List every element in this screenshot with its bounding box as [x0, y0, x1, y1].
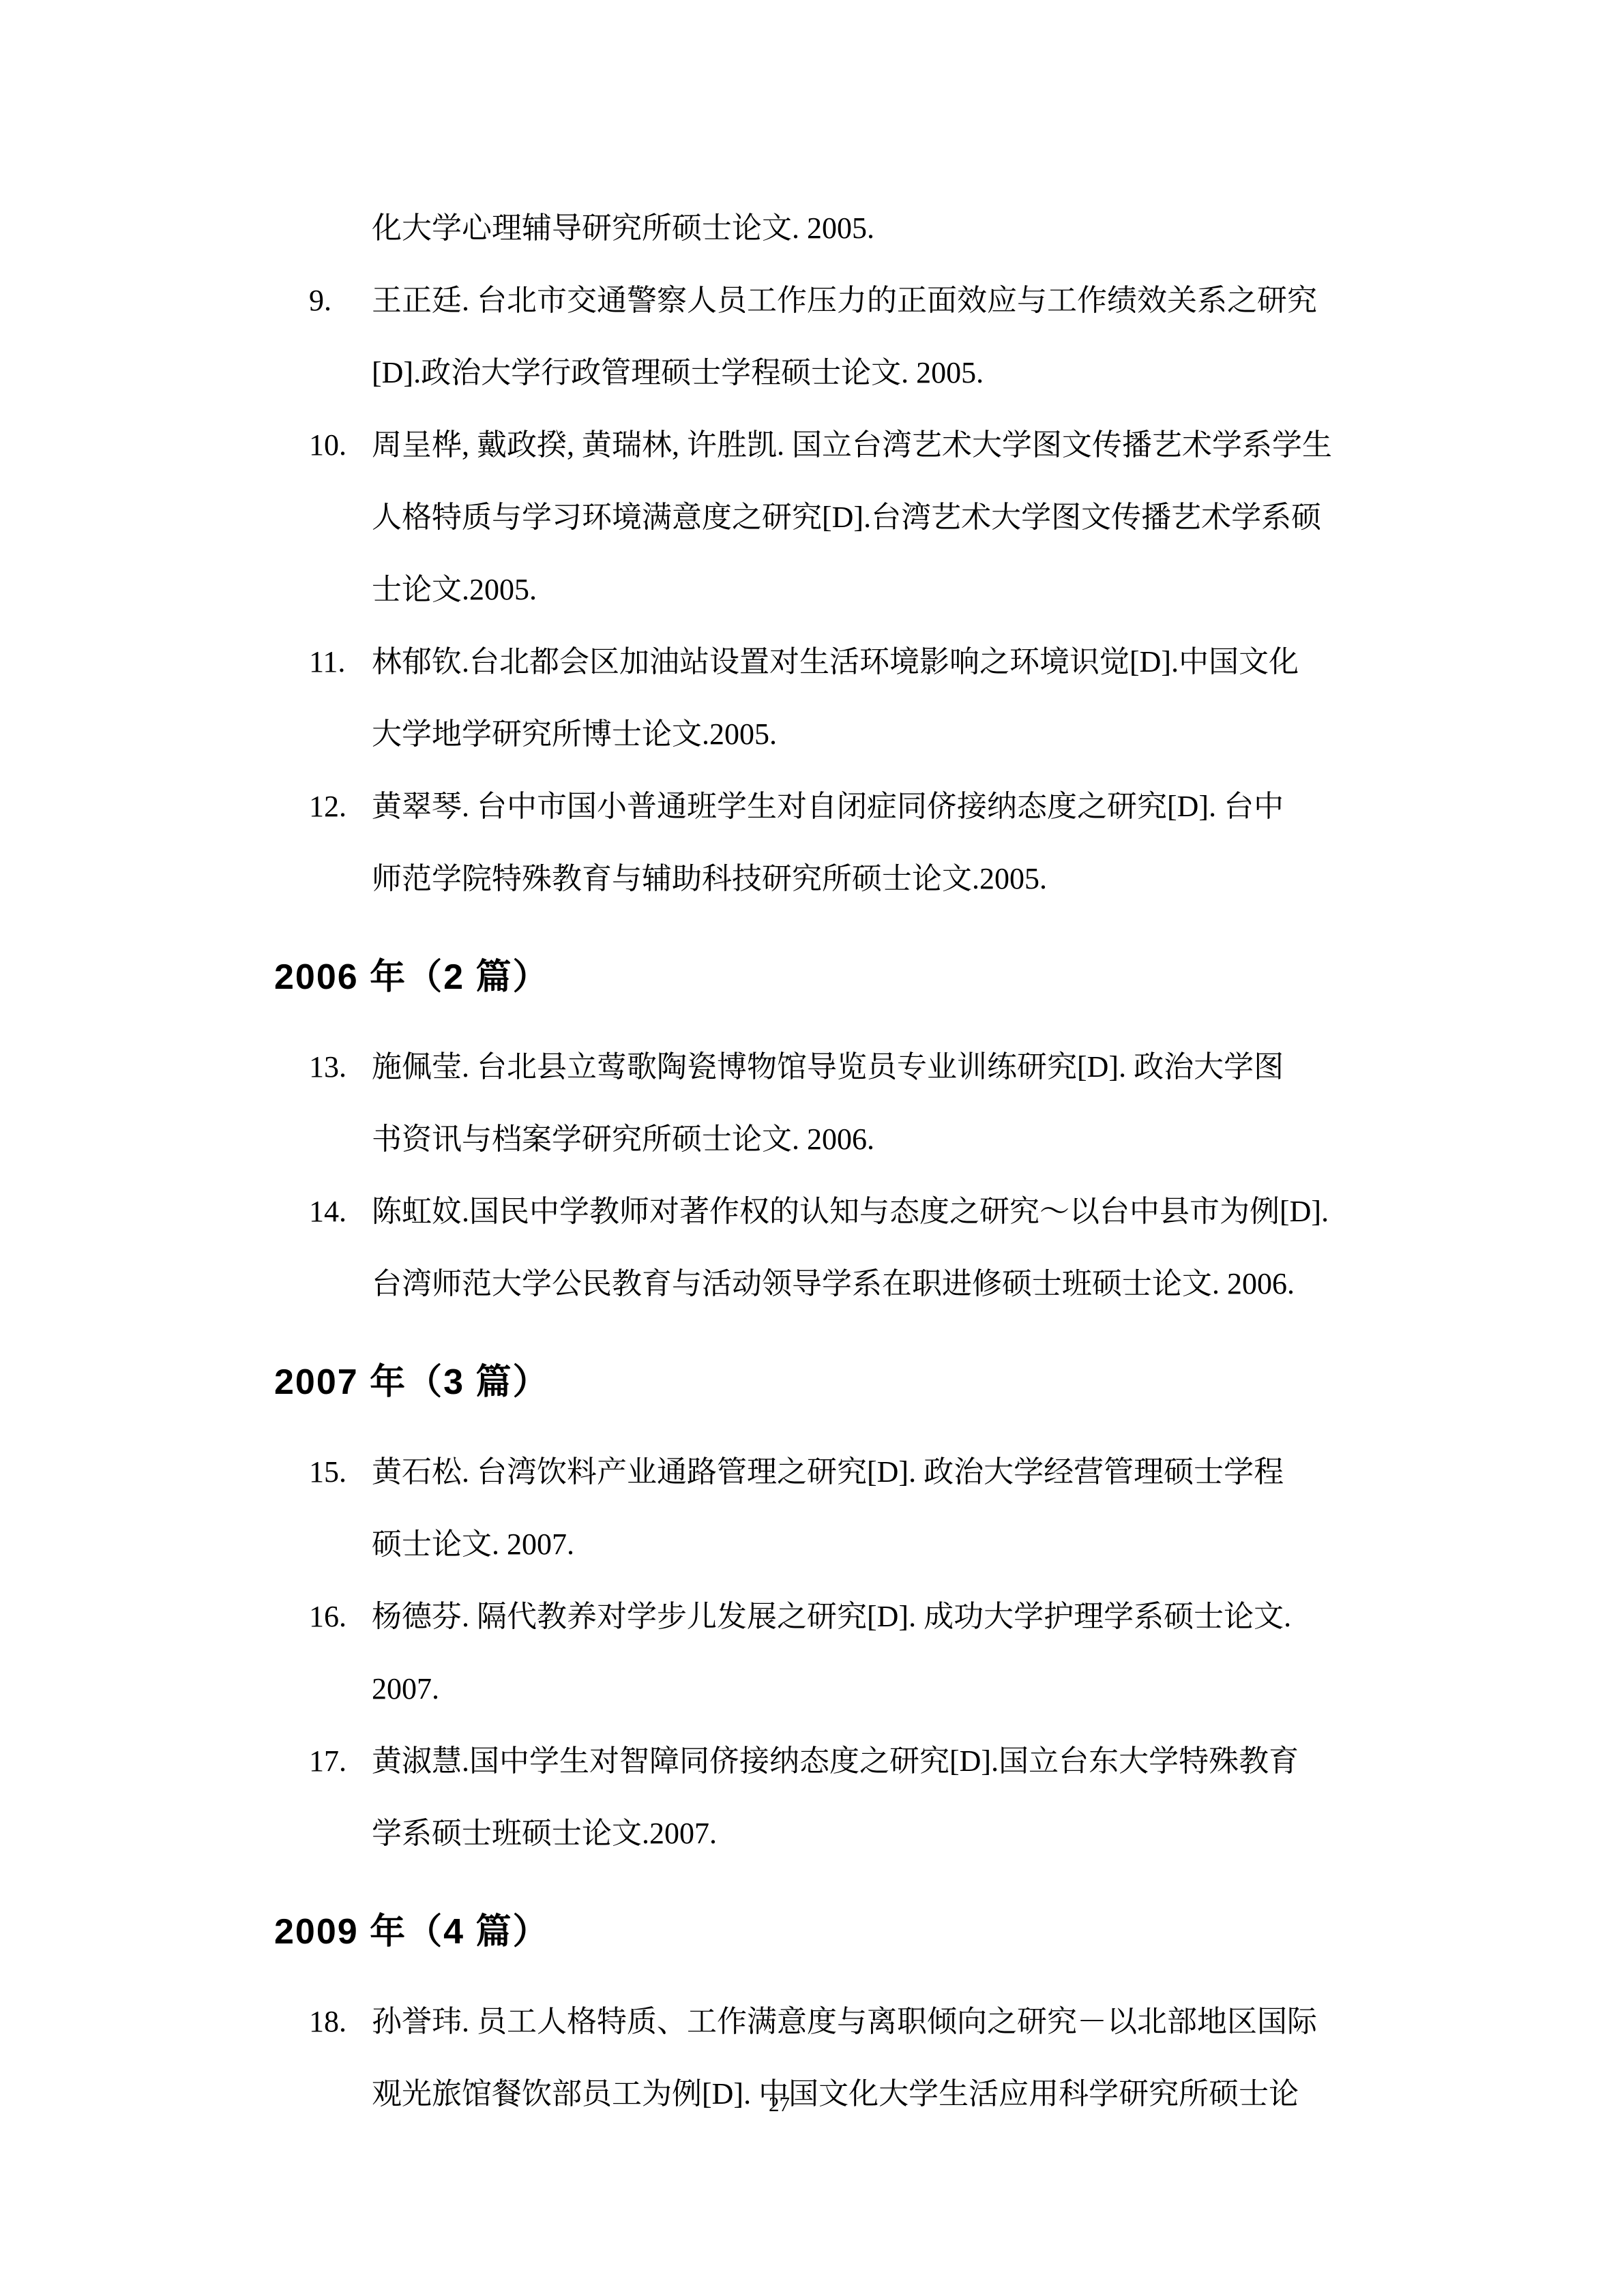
reference-line: 17.黄淑慧.国中学生对智障同侪接纳态度之研究[D].国立台东大学特殊教育 — [372, 1725, 1361, 1798]
reference-item: 11.林郁钦.台北都会区加油站设置对生活环境影响之环境识觉[D].中国文化大学地… — [372, 626, 1361, 771]
reference-text: 施佩莹. 台北县立莺歌陶瓷博物馆导览员专业训练研究[D]. 政治大学图 — [372, 1050, 1284, 1084]
reference-text: 黄翠琴. 台中市国小普通班学生对自闭症同侪接纳态度之研究[D]. 台中 — [372, 790, 1284, 823]
reference-item: 14.陈虹妏.国民中学教师对著作权的认知与态度之研究～以台中县市为例[D].台湾… — [372, 1176, 1361, 1320]
item-number: 9. — [309, 265, 331, 337]
reference-text: 师范学院特殊教育与辅助科技研究所硕士论文.2005. — [372, 862, 1047, 895]
reference-line: 化大学心理辅导研究所硕士论文. 2005. — [372, 192, 1361, 265]
reference-text: 周呈桦, 戴政揆, 黄瑞林, 许胜凯. 国立台湾艺术大学图文传播艺术学系学生 — [372, 428, 1332, 462]
document-page: 化大学心理辅导研究所硕士论文. 2005.9.王正廷. 台北市交通警察人员工作压… — [0, 0, 1624, 2296]
item-number: 11. — [309, 626, 345, 698]
reference-line: 2007. — [372, 1653, 1361, 1725]
reference-text: 学系硕士班硕士论文.2007. — [372, 1817, 717, 1850]
reference-line: 13.施佩莹. 台北县立莺歌陶瓷博物馆导览员专业训练研究[D]. 政治大学图 — [372, 1031, 1361, 1103]
reference-text: 黄石松. 台湾饮料产业通路管理之研究[D]. 政治大学经营管理硕士学程 — [372, 1455, 1284, 1489]
reference-line: 人格特质与学习环境满意度之研究[D].台湾艺术大学图文传播艺术学系硕 — [372, 481, 1361, 554]
year-heading: 2009 年（4 篇） — [274, 1909, 1361, 1954]
reference-list: 化大学心理辅导研究所硕士论文. 2005.9.王正廷. 台北市交通警察人员工作压… — [372, 192, 1361, 2130]
reference-text: [D].政治大学行政管理硕士学程硕士论文. 2005. — [372, 356, 984, 389]
reference-text: 人格特质与学习环境满意度之研究[D].台湾艺术大学图文传播艺术学系硕 — [372, 501, 1321, 534]
reference-text: 书资讯与档案学研究所硕士论文. 2006. — [372, 1122, 874, 1156]
year-section: 化大学心理辅导研究所硕士论文. 2005.9.王正廷. 台北市交通警察人员工作压… — [372, 192, 1361, 915]
year-heading: 2006 年（2 篇） — [274, 955, 1361, 1000]
reference-line: 12.黄翠琴. 台中市国小普通班学生对自闭症同侪接纳态度之研究[D]. 台中 — [372, 771, 1361, 843]
year-heading: 2007 年（3 篇） — [274, 1360, 1361, 1405]
reference-item: 12.黄翠琴. 台中市国小普通班学生对自闭症同侪接纳态度之研究[D]. 台中师范… — [372, 771, 1361, 915]
reference-text: 化大学心理辅导研究所硕士论文. 2005. — [372, 211, 874, 245]
reference-line: 9.王正廷. 台北市交通警察人员工作压力的正面效应与工作绩效关系之研究 — [372, 265, 1361, 337]
year-section: 2006 年（2 篇）13.施佩莹. 台北县立莺歌陶瓷博物馆导览员专业训练研究[… — [372, 955, 1361, 1320]
reference-item: 化大学心理辅导研究所硕士论文. 2005. — [372, 192, 1361, 265]
reference-text: 大学地学研究所博士论文.2005. — [372, 717, 777, 751]
reference-text: 黄淑慧.国中学生对智障同侪接纳态度之研究[D].国立台东大学特殊教育 — [372, 1744, 1299, 1778]
reference-line: 15.黄石松. 台湾饮料产业通路管理之研究[D]. 政治大学经营管理硕士学程 — [372, 1436, 1361, 1508]
reference-text: 王正廷. 台北市交通警察人员工作压力的正面效应与工作绩效关系之研究 — [372, 284, 1317, 317]
item-number: 12. — [309, 771, 346, 843]
reference-text: 士论文.2005. — [372, 573, 537, 606]
reference-item: 10.周呈桦, 戴政揆, 黄瑞林, 许胜凯. 国立台湾艺术大学图文传播艺术学系学… — [372, 409, 1361, 626]
reference-line: 书资讯与档案学研究所硕士论文. 2006. — [372, 1103, 1361, 1176]
reference-text: 孙誉玮. 员工人格特质、工作满意度与离职倾向之研究－以北部地区国际 — [372, 2005, 1317, 2038]
reference-line: 10.周呈桦, 戴政揆, 黄瑞林, 许胜凯. 国立台湾艺术大学图文传播艺术学系学… — [372, 409, 1361, 481]
reference-text: 林郁钦.台北都会区加油站设置对生活环境影响之环境识觉[D].中国文化 — [372, 645, 1299, 679]
reference-text: 台湾师范大学公民教育与活动领导学系在职进修硕士班硕士论文. 2006. — [372, 1267, 1295, 1300]
page-number: 27 — [0, 2092, 1559, 2117]
reference-line: 师范学院特殊教育与辅助科技研究所硕士论文.2005. — [372, 843, 1361, 915]
item-number: 15. — [309, 1436, 346, 1508]
reference-line: 硕士论文. 2007. — [372, 1508, 1361, 1581]
item-number: 10. — [309, 409, 346, 481]
reference-item: 9.王正廷. 台北市交通警察人员工作压力的正面效应与工作绩效关系之研究[D].政… — [372, 265, 1361, 409]
reference-text: 硕士论文. 2007. — [372, 1527, 574, 1561]
reference-item: 13.施佩莹. 台北县立莺歌陶瓷博物馆导览员专业训练研究[D]. 政治大学图书资… — [372, 1031, 1361, 1176]
reference-line: 18.孙誉玮. 员工人格特质、工作满意度与离职倾向之研究－以北部地区国际 — [372, 1986, 1361, 2058]
reference-line: 士论文.2005. — [372, 554, 1361, 626]
reference-line: 11.林郁钦.台北都会区加油站设置对生活环境影响之环境识觉[D].中国文化 — [372, 626, 1361, 698]
reference-line: 台湾师范大学公民教育与活动领导学系在职进修硕士班硕士论文. 2006. — [372, 1248, 1361, 1320]
item-number: 17. — [309, 1725, 346, 1798]
reference-line: 16.杨德芬. 隔代教养对学步儿发展之研究[D]. 成功大学护理学系硕士论文. — [372, 1581, 1361, 1653]
reference-line: 大学地学研究所博士论文.2005. — [372, 698, 1361, 771]
item-number: 18. — [309, 1986, 346, 2058]
reference-item: 15.黄石松. 台湾饮料产业通路管理之研究[D]. 政治大学经营管理硕士学程硕士… — [372, 1436, 1361, 1581]
item-number: 16. — [309, 1581, 346, 1653]
reference-item: 16.杨德芬. 隔代教养对学步儿发展之研究[D]. 成功大学护理学系硕士论文.2… — [372, 1581, 1361, 1725]
item-number: 13. — [309, 1031, 346, 1103]
reference-line: [D].政治大学行政管理硕士学程硕士论文. 2005. — [372, 337, 1361, 409]
reference-text: 杨德芬. 隔代教养对学步儿发展之研究[D]. 成功大学护理学系硕士论文. — [372, 1600, 1291, 1633]
reference-text: 陈虹妏.国民中学教师对著作权的认知与态度之研究～以台中县市为例[D]. — [372, 1195, 1329, 1228]
reference-item: 17.黄淑慧.国中学生对智障同侪接纳态度之研究[D].国立台东大学特殊教育学系硕… — [372, 1725, 1361, 1870]
item-number: 14. — [309, 1176, 346, 1248]
reference-line: 学系硕士班硕士论文.2007. — [372, 1798, 1361, 1870]
year-section: 2007 年（3 篇）15.黄石松. 台湾饮料产业通路管理之研究[D]. 政治大… — [372, 1360, 1361, 1870]
reference-text: 2007. — [372, 1672, 439, 1705]
reference-line: 14.陈虹妏.国民中学教师对著作权的认知与态度之研究～以台中县市为例[D]. — [372, 1176, 1361, 1248]
